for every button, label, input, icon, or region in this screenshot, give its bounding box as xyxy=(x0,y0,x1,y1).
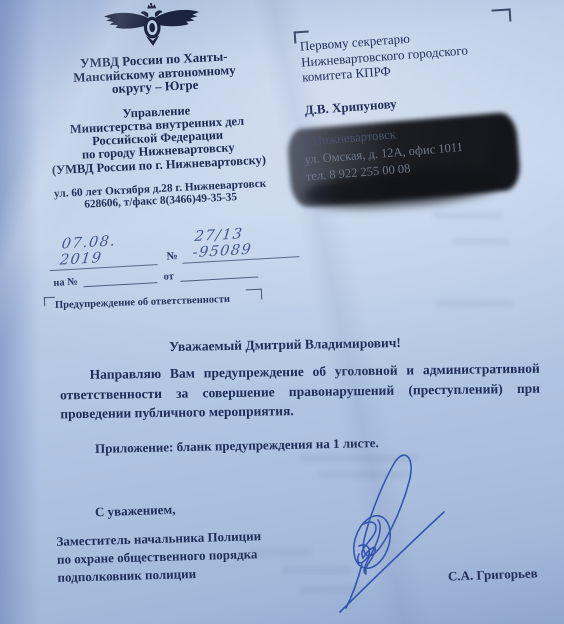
body-paragraph: Направляю Вам предупреждение об уголовно… xyxy=(60,359,541,424)
corner-mark-subject-left xyxy=(44,297,55,306)
corner-mark-top-right xyxy=(492,8,512,22)
bleed-through-ghost xyxy=(452,238,510,245)
salutation: Уважаемый Дмитрий Владимирович! xyxy=(50,333,520,357)
letterhead: УМВД России по Ханты- Мансийскому автоно… xyxy=(13,0,299,215)
subject-line: Предупреждение об ответственности xyxy=(55,294,230,311)
handwritten-signature xyxy=(326,450,476,618)
scanned-letter-photo: УМВД России по Ханты- Мансийскому автоно… xyxy=(0,0,564,624)
reply-from-label: от xyxy=(163,271,174,283)
recipient-address-redacted: г. Нижневартовск ул. Омская, д. 12А, офи… xyxy=(294,111,530,187)
number-sign: № xyxy=(166,250,178,265)
mvd-eagle-emblem-icon xyxy=(101,0,203,51)
blank-underline xyxy=(83,271,158,287)
recipient-block: Первому секретарю Нижневартовского город… xyxy=(299,22,539,119)
reference-block: 07.08. 2019 № 27/13 -95089 на № от xyxy=(51,223,304,289)
corner-mark-recipient xyxy=(294,30,310,43)
handwritten-outgoing-number: 27/13 -95089 xyxy=(182,223,303,264)
handwritten-date: 07.08. 2019 xyxy=(50,231,162,271)
corner-mark-subject-right xyxy=(246,289,263,301)
bleed-through-ghost xyxy=(432,212,502,219)
signer-title: Заместитель начальника Полиции по охране… xyxy=(56,527,262,587)
bleed-through-ghost xyxy=(436,300,514,307)
reply-to-number-label: на № xyxy=(53,277,78,289)
closing-line: С уважением, xyxy=(95,502,176,521)
blank-underline xyxy=(180,266,259,282)
